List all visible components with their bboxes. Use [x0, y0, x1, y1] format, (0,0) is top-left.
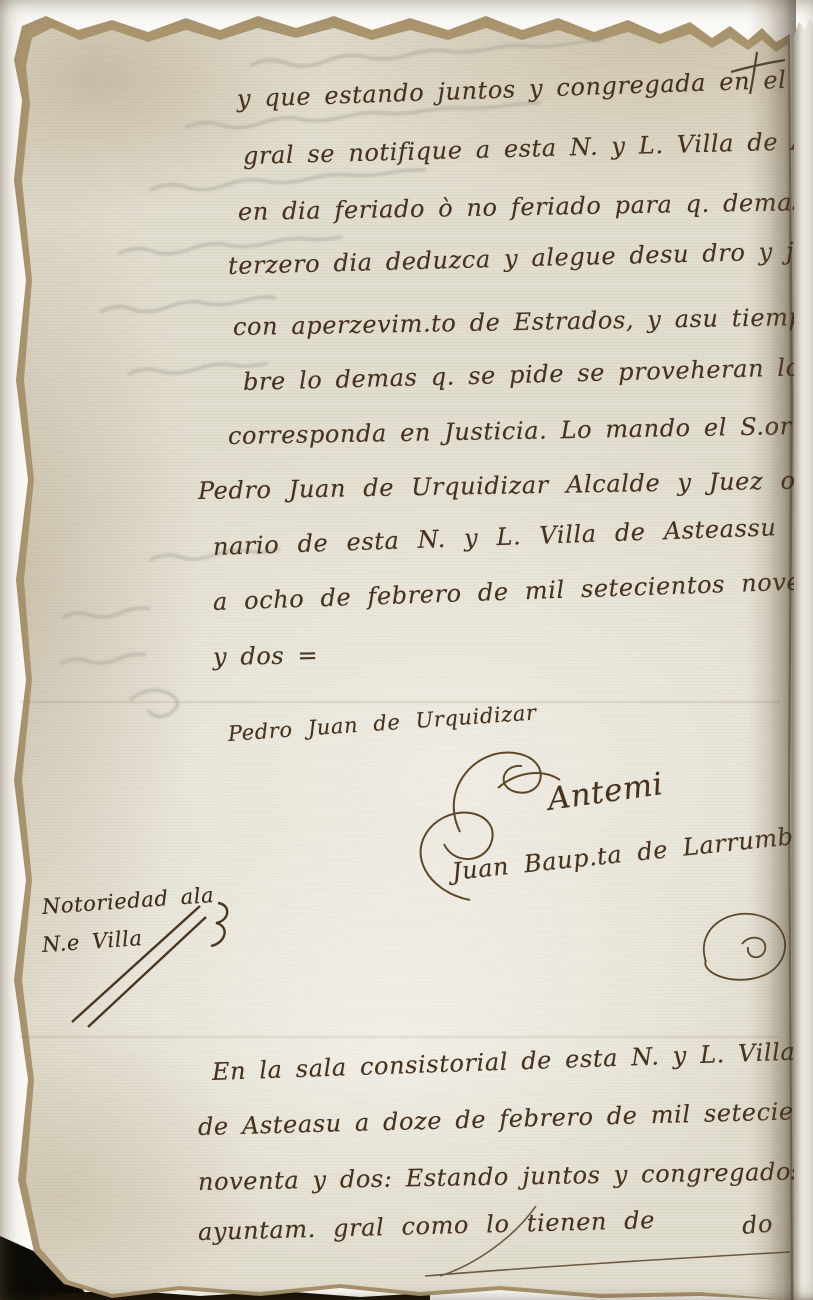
manuscript-line: a ocho de febrero de mil setecientos nov…: [213, 566, 813, 616]
manuscript-line: noventa y dos: Estando juntos y congrega…: [198, 1157, 813, 1196]
ante-mi-label: Antemi: [545, 766, 665, 818]
manuscript-line: de Asteasu a doze de febrero de mil sete…: [198, 1096, 813, 1141]
signature-pedro-juan: Pedro Juan de Urquidizar: [227, 700, 537, 746]
manuscript-line: Pedro Juan de Urquidizar Alcalde y Juez …: [198, 466, 813, 505]
manuscript-line-fragment: do: [741, 1209, 774, 1240]
manuscript-line: terzero dia deduzca y alegue desu dro y …: [228, 236, 813, 280]
margin-note-line: N.e Villa: [41, 926, 143, 957]
manuscript-line: en dia feriado ò no feriado para q. dema…: [238, 187, 813, 226]
signature-notary: Juan Baup.ta de Larrumbide: [451, 818, 813, 886]
manuscript-line: En la sala consistorial de esta N. y L. …: [212, 1038, 796, 1086]
manuscript-line: bre lo demas q. se pide se proveheran lo…: [243, 352, 813, 396]
manuscript-line: con aperzevim.to de Estrados, y asu tiem…: [233, 302, 813, 341]
manuscript-line: y que estando juntos y congregada en el …: [237, 61, 813, 113]
margin-note-line: Notoriedad ala: [41, 883, 215, 919]
handwriting-layer: y que estando juntos y congregada en el …: [0, 0, 813, 1300]
manuscript-line: y dos =: [213, 641, 319, 671]
manuscript-line: gral se notifique a esta N. y L. Villa d…: [243, 126, 813, 170]
manuscript-line: ayuntam. gral como lo tienen de: [198, 1206, 656, 1246]
manuscript-line: corresponda en Justicia. Lo mando el S.o…: [228, 411, 813, 450]
manuscript-scan: y que estando juntos y congregada en el …: [0, 0, 813, 1300]
manuscript-line: nario de esta N. y L. Villa de Asteassu …: [213, 512, 813, 561]
next-page-edge: [794, 0, 813, 1300]
